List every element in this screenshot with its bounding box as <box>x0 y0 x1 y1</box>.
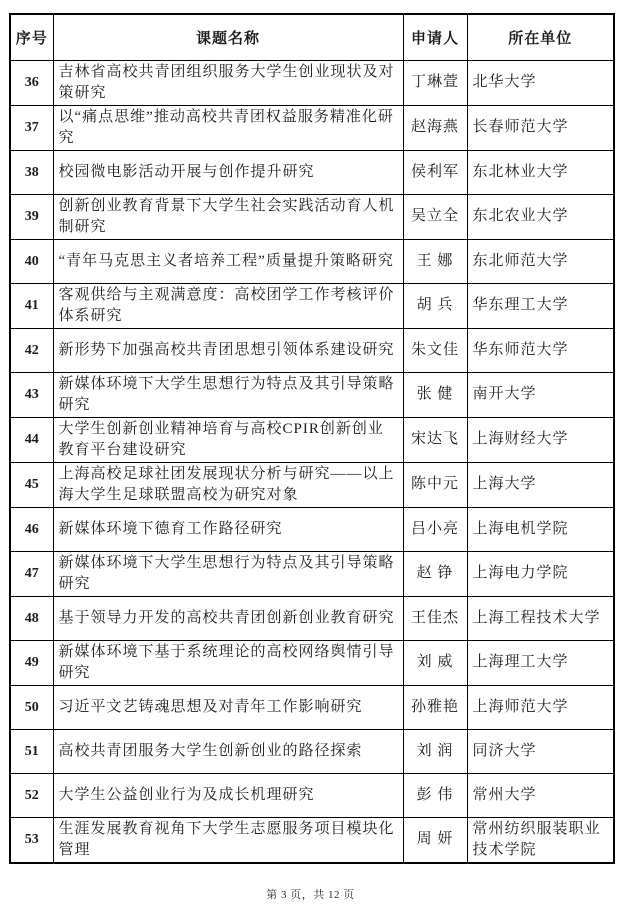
row-index: 51 <box>10 729 53 773</box>
row-index: 52 <box>10 773 53 817</box>
unit-name: 华东师范大学 <box>467 328 614 372</box>
topic-title: 新媒体环境下大学生思想行为特点及其引导策略研究 <box>53 551 403 596</box>
row-index: 46 <box>10 507 53 551</box>
applicant-name: 赵海燕 <box>403 105 467 150</box>
applicant-name: 侯利军 <box>403 150 467 194</box>
unit-name: 长春师范大学 <box>467 105 614 150</box>
table-row: 46 新媒体环境下德育工作路径研究 吕小亮 上海电机学院 <box>10 507 614 551</box>
topic-title: 吉林省高校共青团组织服务大学生创业现状及对策研究 <box>53 60 403 105</box>
applicant-name: 刘 润 <box>403 729 467 773</box>
topic-title: 基于领导力开发的高校共青团创新创业教育研究 <box>53 596 403 640</box>
unit-name: 华东理工大学 <box>467 283 614 328</box>
table-row: 47 新媒体环境下大学生思想行为特点及其引导策略研究 赵 铮 上海电力学院 <box>10 551 614 596</box>
table-row: 49 新媒体环境下基于系统理论的高校网络舆情引导研究 刘 威 上海理工大学 <box>10 640 614 685</box>
row-index: 41 <box>10 283 53 328</box>
row-index: 49 <box>10 640 53 685</box>
unit-name: 上海工程技术大学 <box>467 596 614 640</box>
row-index: 47 <box>10 551 53 596</box>
row-index: 40 <box>10 239 53 283</box>
topic-title: 生涯发展教育视角下大学生志愿服务项目模块化管理 <box>53 817 403 863</box>
row-index: 48 <box>10 596 53 640</box>
table-row: 52 大学生公益创业行为及成长机理研究 彭 伟 常州大学 <box>10 773 614 817</box>
table-row: 43 新媒体环境下大学生思想行为特点及其引导策略研究 张 健 南开大学 <box>10 372 614 417</box>
table-row: 50 习近平文艺铸魂思想及对青年工作影响研究 孙雅艳 上海师范大学 <box>10 685 614 729</box>
applicant-name: 胡 兵 <box>403 283 467 328</box>
topic-title: 客观供给与主观满意度：高校团学工作考核评价体系研究 <box>53 283 403 328</box>
topic-title: 新媒体环境下基于系统理论的高校网络舆情引导研究 <box>53 640 403 685</box>
topic-title: “青年马克思主义者培养工程”质量提升策略研究 <box>53 239 403 283</box>
applicant-name: 朱文佳 <box>403 328 467 372</box>
unit-name: 上海财经大学 <box>467 417 614 462</box>
applicant-name: 王佳杰 <box>403 596 467 640</box>
topic-title: 新媒体环境下大学生思想行为特点及其引导策略研究 <box>53 372 403 417</box>
applicant-name: 周 妍 <box>403 817 467 863</box>
table-row: 45 上海高校足球社团发展现状分析与研究——以上海大学生足球联盟高校为研究对象 … <box>10 462 614 507</box>
applicant-name: 张 健 <box>403 372 467 417</box>
unit-name: 上海电机学院 <box>467 507 614 551</box>
row-index: 42 <box>10 328 53 372</box>
topic-title: 新媒体环境下德育工作路径研究 <box>53 507 403 551</box>
header-title: 课题名称 <box>53 14 403 60</box>
row-index: 44 <box>10 417 53 462</box>
topic-title: 大学生公益创业行为及成长机理研究 <box>53 773 403 817</box>
applicant-name: 彭 伟 <box>403 773 467 817</box>
topic-title: 以“痛点思维”推动高校共青团权益服务精准化研究 <box>53 105 403 150</box>
topic-title: 习近平文艺铸魂思想及对青年工作影响研究 <box>53 685 403 729</box>
applicant-name: 吴立全 <box>403 194 467 239</box>
applicant-name: 赵 铮 <box>403 551 467 596</box>
unit-name: 上海电力学院 <box>467 551 614 596</box>
page-number: 第 3 页，共 12 页 <box>0 886 621 902</box>
topic-title: 大学生创新创业精神培育与高校CPIR创新创业教育平台建设研究 <box>53 417 403 462</box>
unit-name: 东北师范大学 <box>467 239 614 283</box>
table-row: 51 高校共青团服务大学生创新创业的路径探索 刘 润 同济大学 <box>10 729 614 773</box>
unit-name: 上海理工大学 <box>467 640 614 685</box>
header-index: 序号 <box>10 14 53 60</box>
table-row: 53 生涯发展教育视角下大学生志愿服务项目模块化管理 周 妍 常州纺织服装职业技… <box>10 817 614 863</box>
table-row: 36 吉林省高校共青团组织服务大学生创业现状及对策研究 丁琳萱 北华大学 <box>10 60 614 105</box>
table-row: 40 “青年马克思主义者培养工程”质量提升策略研究 王 娜 东北师范大学 <box>10 239 614 283</box>
topic-title: 上海高校足球社团发展现状分析与研究——以上海大学生足球联盟高校为研究对象 <box>53 462 403 507</box>
unit-name: 同济大学 <box>467 729 614 773</box>
row-index: 50 <box>10 685 53 729</box>
applicant-name: 吕小亮 <box>403 507 467 551</box>
row-index: 53 <box>10 817 53 863</box>
topic-title: 新形势下加强高校共青团思想引领体系建设研究 <box>53 328 403 372</box>
applicant-name: 丁琳萱 <box>403 60 467 105</box>
topics-table: 序号 课题名称 申请人 所在单位 36 吉林省高校共青团组织服务大学生创业现状及… <box>9 13 615 864</box>
row-index: 36 <box>10 60 53 105</box>
unit-name: 常州大学 <box>467 773 614 817</box>
unit-name: 北华大学 <box>467 60 614 105</box>
applicant-name: 陈中元 <box>403 462 467 507</box>
row-index: 45 <box>10 462 53 507</box>
topic-title: 高校共青团服务大学生创新创业的路径探索 <box>53 729 403 773</box>
document-page: 序号 课题名称 申请人 所在单位 36 吉林省高校共青团组织服务大学生创业现状及… <box>0 0 621 918</box>
table-row: 48 基于领导力开发的高校共青团创新创业教育研究 王佳杰 上海工程技术大学 <box>10 596 614 640</box>
table-row: 44 大学生创新创业精神培育与高校CPIR创新创业教育平台建设研究 宋达飞 上海… <box>10 417 614 462</box>
topic-title: 创新创业教育背景下大学生社会实践活动育人机制研究 <box>53 194 403 239</box>
table-row: 39 创新创业教育背景下大学生社会实践活动育人机制研究 吴立全 东北农业大学 <box>10 194 614 239</box>
applicant-name: 王 娜 <box>403 239 467 283</box>
table-body: 36 吉林省高校共青团组织服务大学生创业现状及对策研究 丁琳萱 北华大学 37 … <box>10 60 614 863</box>
row-index: 39 <box>10 194 53 239</box>
unit-name: 东北农业大学 <box>467 194 614 239</box>
row-index: 37 <box>10 105 53 150</box>
header-unit: 所在单位 <box>467 14 614 60</box>
unit-name: 上海师范大学 <box>467 685 614 729</box>
applicant-name: 刘 威 <box>403 640 467 685</box>
unit-name: 东北林业大学 <box>467 150 614 194</box>
applicant-name: 宋达飞 <box>403 417 467 462</box>
table-row: 42 新形势下加强高校共青团思想引领体系建设研究 朱文佳 华东师范大学 <box>10 328 614 372</box>
row-index: 38 <box>10 150 53 194</box>
header-applicant: 申请人 <box>403 14 467 60</box>
table-row: 37 以“痛点思维”推动高校共青团权益服务精准化研究 赵海燕 长春师范大学 <box>10 105 614 150</box>
table-row: 38 校园微电影活动开展与创作提升研究 侯利军 东北林业大学 <box>10 150 614 194</box>
applicant-name: 孙雅艳 <box>403 685 467 729</box>
table-row: 41 客观供给与主观满意度：高校团学工作考核评价体系研究 胡 兵 华东理工大学 <box>10 283 614 328</box>
unit-name: 常州纺织服装职业技术学院 <box>467 817 614 863</box>
row-index: 43 <box>10 372 53 417</box>
table-header-row: 序号 课题名称 申请人 所在单位 <box>10 14 614 60</box>
topic-title: 校园微电影活动开展与创作提升研究 <box>53 150 403 194</box>
unit-name: 南开大学 <box>467 372 614 417</box>
unit-name: 上海大学 <box>467 462 614 507</box>
